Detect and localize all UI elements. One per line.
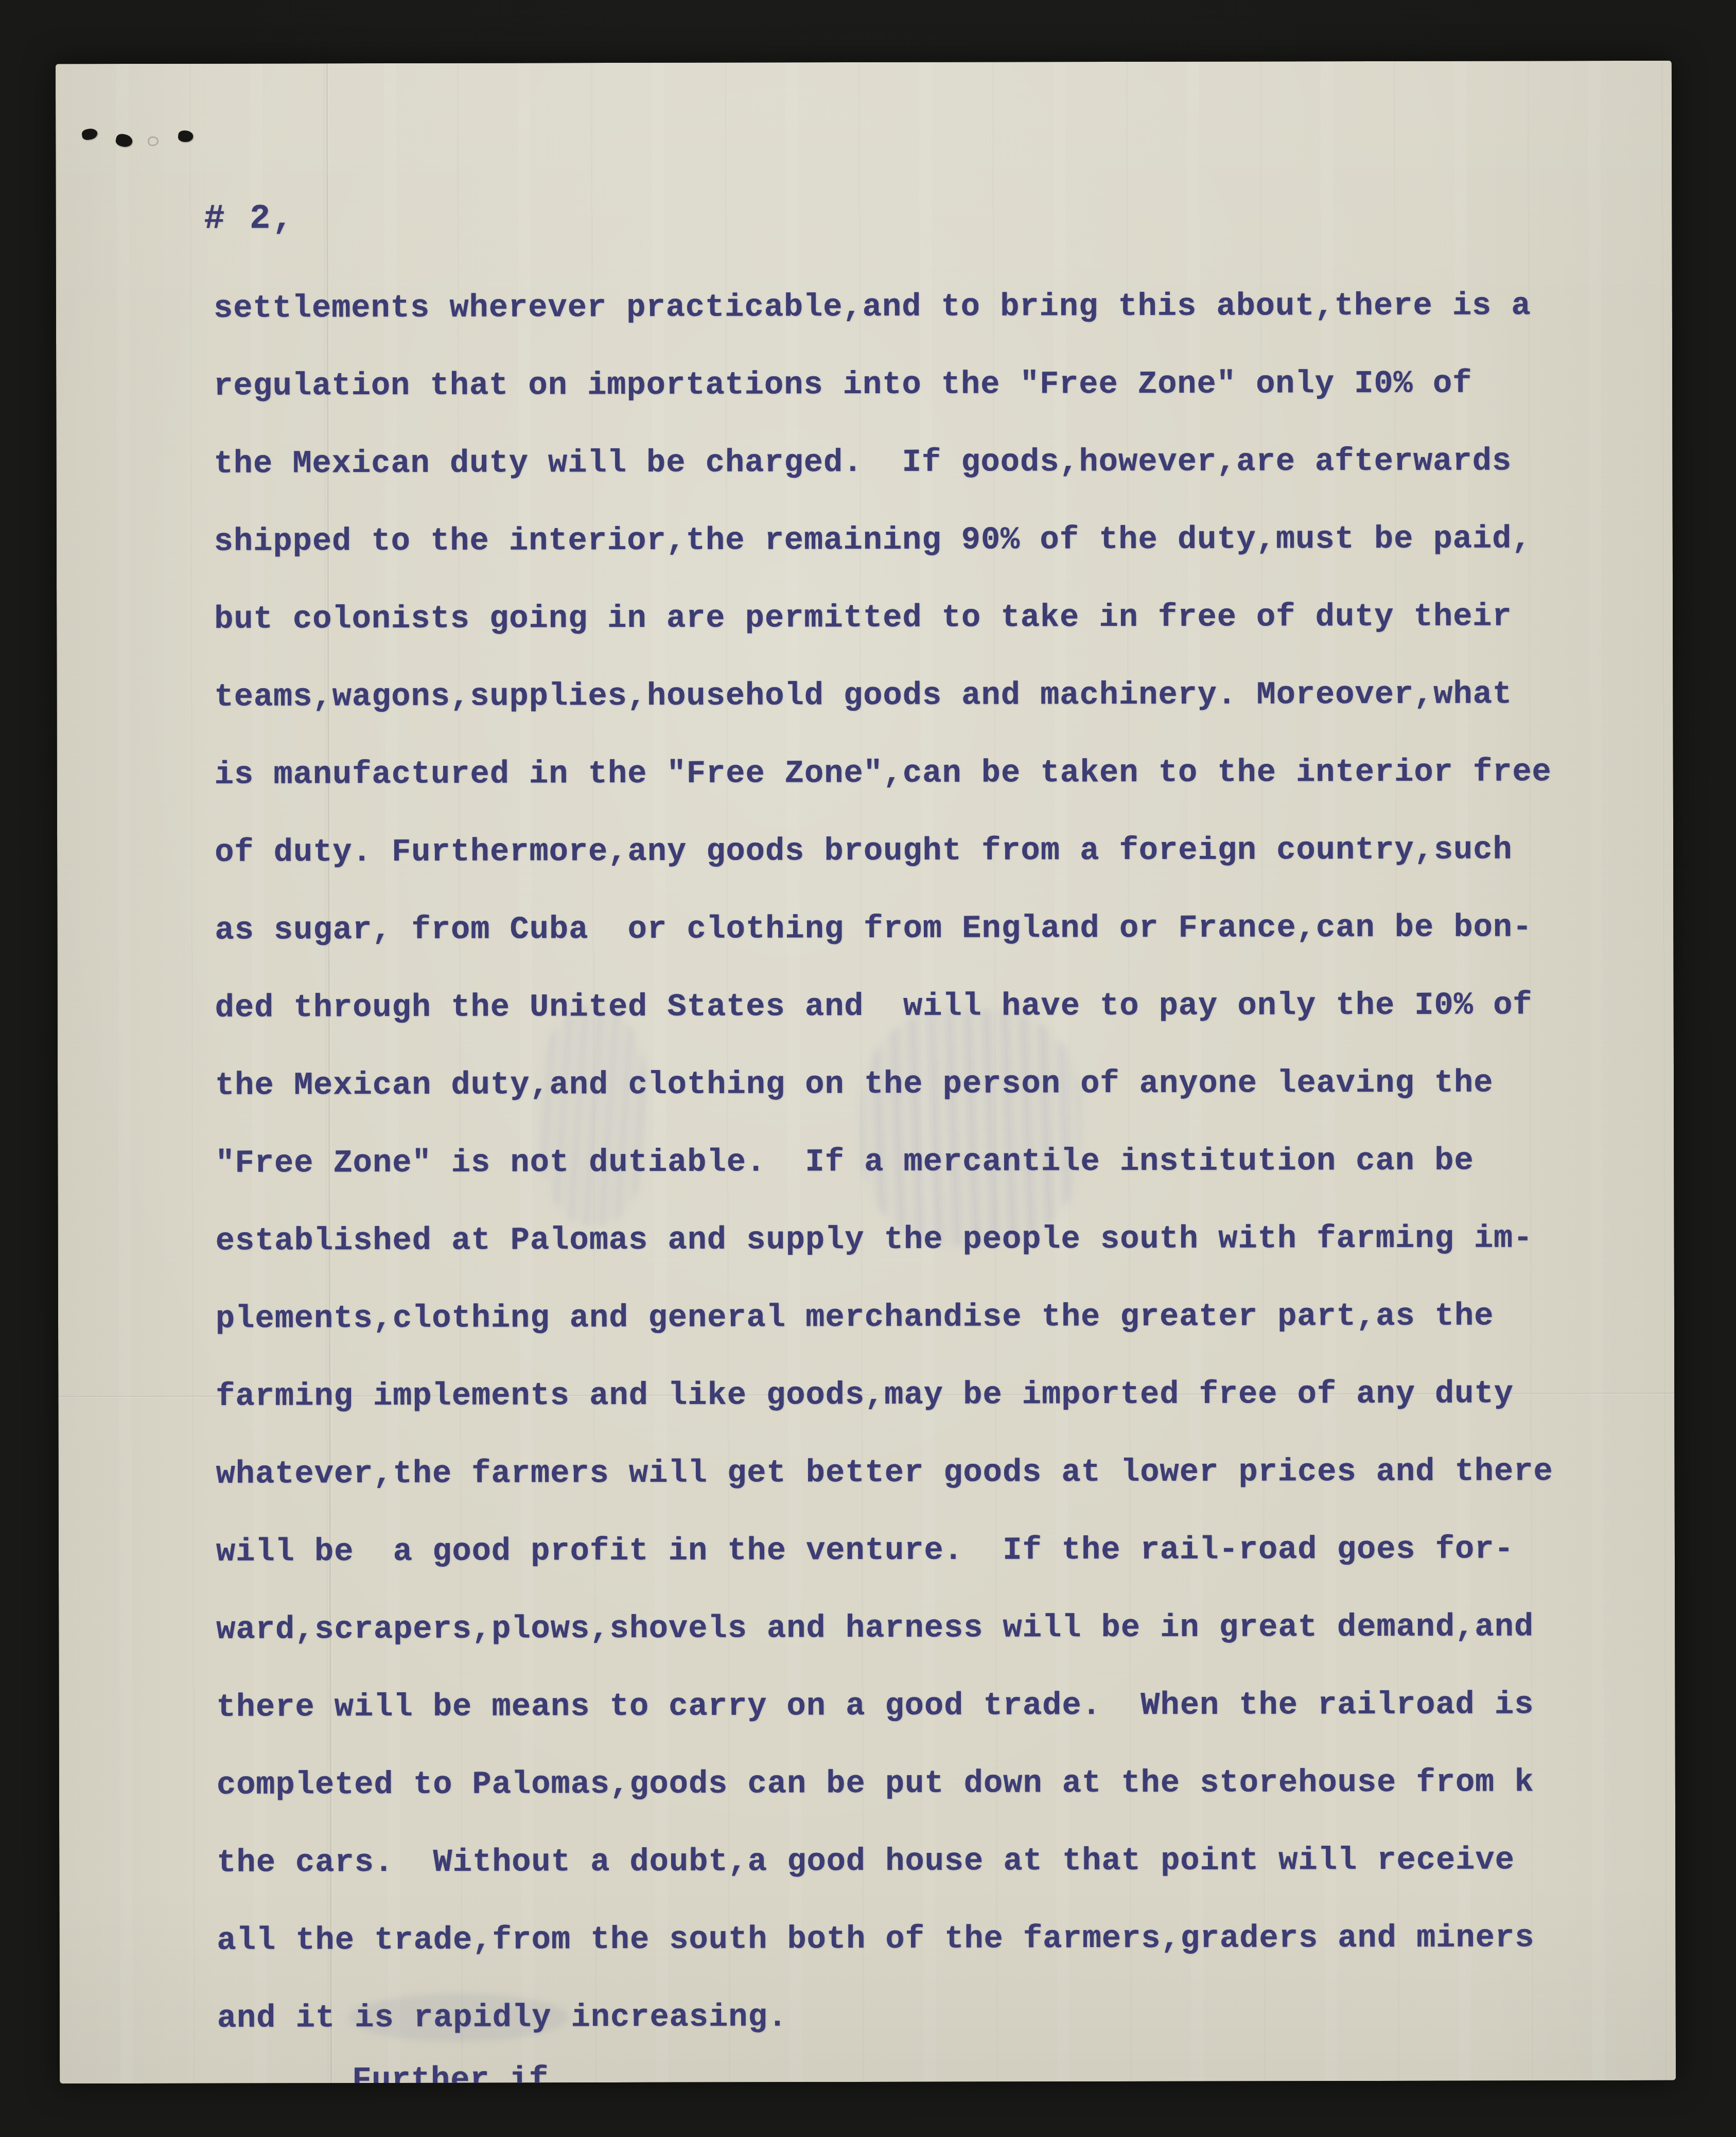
staple-mark — [115, 133, 134, 149]
text-line: farming implements and like goods,may be… — [216, 1355, 1657, 1435]
text-line: there will be means to carry on a good t… — [216, 1666, 1657, 1746]
text-line: of duty. Furthermore,any goods brought f… — [215, 811, 1656, 891]
text-line: shipped to the interior,the remaining 90… — [214, 500, 1655, 581]
text-line: whatever,the farmers will get better goo… — [216, 1432, 1657, 1513]
partial-last-line: Further if — [352, 2062, 549, 2083]
text-line: and it is rapidly increasing. — [217, 1976, 1658, 2057]
staple-mark — [81, 128, 98, 141]
text-line: the Mexican duty,and clothing on the per… — [215, 1044, 1656, 1125]
text-line: regulation that on importations into the… — [214, 344, 1655, 425]
text-line: ward,scrapers,plows,shovels and harness … — [216, 1588, 1657, 1669]
text-line: completed to Palomas,goods can be put do… — [217, 1743, 1658, 1824]
text-line: as sugar, from Cuba or clothing from Eng… — [215, 888, 1656, 969]
text-line: the Mexican duty will be charged. If goo… — [214, 422, 1655, 503]
page-number: # 2, — [204, 199, 295, 238]
text-line: all the trade,from the south both of the… — [217, 1899, 1658, 1980]
scan-background: # 2, settlements wherever practicable,an… — [0, 0, 1736, 2137]
text-line: is manufactured in the "Free Zone",can b… — [215, 733, 1656, 814]
text-line: "Free Zone" is not dutiable. If a mercan… — [215, 1122, 1656, 1202]
text-line: will be a good profit in the venture. If… — [216, 1510, 1657, 1591]
letter-page: # 2, settlements wherever practicable,an… — [56, 61, 1676, 2084]
text-line: ded through the United States and will h… — [215, 966, 1656, 1047]
staple-mark — [178, 130, 194, 143]
text-line: established at Palomas and supply the pe… — [216, 1199, 1657, 1280]
typed-text: settlements wherever practicable,and to … — [214, 267, 1658, 2057]
punch-hole-mark — [148, 136, 159, 146]
text-line: teams,wagons,supplies,household goods an… — [214, 655, 1655, 736]
text-line: plements,clothing and general merchandis… — [216, 1277, 1657, 1358]
text-line: but colonists going in are permitted to … — [214, 577, 1655, 658]
text-line: the cars. Without a doubt,a good house a… — [217, 1821, 1658, 1902]
text-line: settlements wherever practicable,and to … — [214, 267, 1655, 347]
